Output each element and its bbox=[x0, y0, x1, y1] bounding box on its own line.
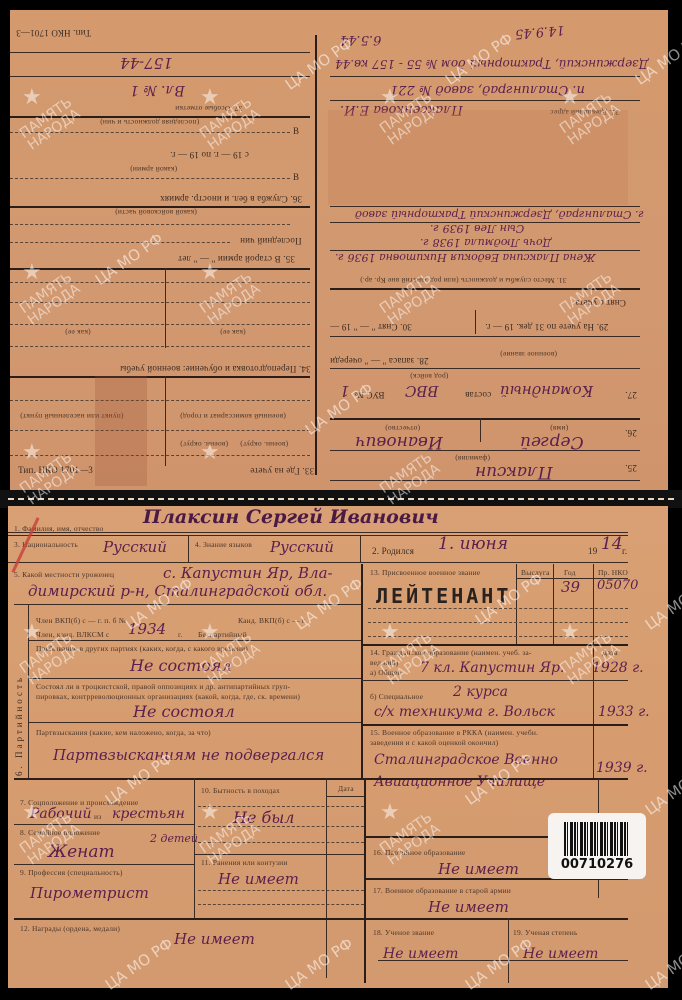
field-32-line-4: 6.5.44 bbox=[340, 32, 381, 47]
field-5-label: 5. Какой местности уроженец bbox=[14, 570, 114, 579]
field-13-label: 13. Присвоенное военное звание bbox=[370, 568, 480, 577]
field-5-value-line1: с. Капустин Яр, Вла- bbox=[163, 564, 333, 582]
field-34-label: 34. Переподготовка и обучение: военной у… bbox=[120, 364, 311, 374]
rule bbox=[14, 778, 628, 780]
field-11-value: Не имеет bbox=[218, 870, 299, 888]
rule bbox=[10, 268, 310, 270]
field-36-from-to: с 19 — г. по 19 — г. bbox=[170, 150, 249, 160]
rule bbox=[360, 536, 361, 562]
field-14-label-line2: вед ний) bbox=[370, 658, 399, 667]
field-31-label: 31. Место службы и должность (или род за… bbox=[360, 276, 567, 285]
vlksm-unit: г. bbox=[178, 630, 183, 639]
rule bbox=[368, 608, 628, 609]
field-33-sub-okrug-a: (военн. округ) bbox=[180, 440, 228, 449]
rule bbox=[508, 918, 509, 983]
rule bbox=[330, 368, 640, 369]
party-penalties-label: Партвзыскания (какие, кем наложено, когд… bbox=[36, 728, 211, 737]
rule bbox=[330, 76, 640, 77]
field-2-year-suffix: 14 bbox=[601, 534, 623, 554]
rule bbox=[361, 724, 628, 726]
rule bbox=[516, 564, 517, 644]
field-8-value: Женат bbox=[48, 842, 115, 862]
field-16-value: Не имеет bbox=[438, 860, 519, 878]
field-32-line-2: п. Сталинград, завод № 221 bbox=[390, 82, 585, 97]
rule bbox=[330, 450, 640, 451]
field-31-line-4: г. Сталинград, Дзержинский Тракторный за… bbox=[355, 208, 644, 221]
field-34-sub-b: (как ее) bbox=[220, 328, 246, 337]
barcode-number: 00710276 bbox=[548, 857, 646, 872]
rule bbox=[10, 302, 310, 303]
field-28-label: 28. запаса " — " очереди bbox=[330, 356, 429, 366]
barcode-icon bbox=[564, 822, 630, 856]
vkp-candidate: Канд. ВКП(б) с — г. bbox=[238, 616, 306, 625]
field-10-label: 10. Бытность в походах bbox=[201, 786, 280, 795]
field-15-label-line1: 15. Военное образование в РККА (наимен. … bbox=[370, 728, 538, 737]
field-26-label: 26. bbox=[625, 428, 637, 438]
field-2-year-prefix: 19 bbox=[588, 546, 597, 556]
field-5-value-line2: димирский р-н, Сталинградской обл. bbox=[28, 582, 327, 600]
vlksm-label: Член, канд. ВЛКСМ с bbox=[36, 630, 109, 639]
field-14b-value-line2: с/х техникума г. Вольск bbox=[374, 704, 555, 720]
rule bbox=[14, 604, 361, 605]
field-35-label: 35. В старой армии " — " лет bbox=[178, 254, 295, 264]
field-14a-label: а) Общее bbox=[370, 668, 401, 677]
field-15-value-line2: Авиационное Училище bbox=[374, 774, 545, 790]
rule bbox=[330, 480, 640, 481]
field-17-value: Не имеет bbox=[428, 898, 509, 916]
field-35-sub: (какой войсковой части) bbox=[115, 208, 197, 217]
field-34-sub-a: (как ее) bbox=[65, 328, 91, 337]
vlksm-year: 1934 bbox=[128, 620, 166, 638]
col-vysluga: Выслуга bbox=[521, 568, 550, 577]
field-7-value-a: Рабочий bbox=[30, 806, 91, 822]
field-32-house: 157-44 bbox=[120, 54, 173, 72]
field-33-sub-okrug-b: (военн. округ) bbox=[240, 440, 288, 449]
rule bbox=[10, 346, 310, 347]
field-31-line-3: Сын Лев 1939 г. bbox=[430, 222, 524, 235]
field-2-day-month: 1. июня bbox=[438, 534, 508, 554]
field-27-rod: ВВС bbox=[405, 382, 439, 400]
vlksm-label-text: Член, канд. ВЛКСМ с bbox=[36, 630, 109, 639]
rule bbox=[368, 636, 628, 637]
rule bbox=[378, 960, 628, 961]
rule bbox=[330, 336, 640, 337]
field-37-label: 37. Особые отметки bbox=[175, 104, 242, 113]
field-36-v2: В bbox=[293, 172, 299, 182]
rule bbox=[361, 564, 363, 778]
field-14-date-col: Дата bbox=[602, 648, 618, 657]
field-25-surname: Плаксин bbox=[475, 462, 553, 482]
field-30-section: Снят с учета bbox=[575, 298, 626, 308]
rule bbox=[198, 826, 364, 827]
rule bbox=[330, 206, 640, 207]
field-9-label: 9. Профессия (специальность) bbox=[20, 868, 123, 877]
rule bbox=[28, 604, 29, 778]
rule bbox=[330, 100, 640, 101]
field-19-label: 19. Ученая степень bbox=[513, 928, 578, 937]
field-27-vus-value: 1 bbox=[340, 382, 350, 400]
field-27-vus: ВУС № bbox=[355, 390, 385, 400]
field-4-value: Русский bbox=[270, 538, 334, 556]
field-14a-value: 7 кл. Капустин Яр. bbox=[420, 660, 564, 676]
field-17-label: 17. Военное образование в старой армии bbox=[373, 886, 511, 895]
field-14-label-line1: 14. Гражданское образование (наимен. уче… bbox=[370, 648, 532, 657]
field-15-value-line1: Сталинградское Военно bbox=[374, 752, 558, 768]
rule bbox=[364, 918, 628, 920]
field-14b-year: 1933 г. bbox=[598, 704, 650, 720]
field-12-label: 12. Награды (ордена, медали) bbox=[20, 924, 120, 933]
opposition-label-line2: пировках, контрреволюционных организация… bbox=[36, 692, 300, 701]
field-29-label: 29. На учете по 31 дек. 19 — г. bbox=[485, 322, 608, 332]
field-36-label: 36. Служба в бел. и иностр. армиях bbox=[160, 194, 302, 204]
col-god: Год bbox=[564, 568, 576, 577]
field-14b-label: б) Специальное bbox=[370, 692, 423, 701]
rule bbox=[10, 324, 310, 325]
col-pr-nko: Пр. НКО bbox=[598, 568, 628, 577]
non-party-label: Беспартийный bbox=[198, 630, 247, 639]
field-8-note: 2 детей bbox=[150, 832, 198, 845]
rule bbox=[10, 224, 290, 225]
card-lower-half: Плаксин Сергей Иванович 1. Фамилия, имя,… bbox=[8, 506, 668, 988]
field-35-last-rank: Последний чин bbox=[240, 236, 302, 246]
opposition-label-line1: Состоял ли в троцкистской, правой оппози… bbox=[36, 682, 290, 691]
vkp-member: Член ВКП(б) с — г. п. б № bbox=[36, 616, 126, 625]
rule bbox=[326, 796, 364, 797]
rule bbox=[28, 678, 361, 679]
rule bbox=[10, 132, 290, 133]
field-37-value: Вл. № 1 bbox=[130, 82, 185, 98]
faded-area bbox=[328, 110, 628, 205]
rule bbox=[361, 680, 628, 681]
card-upper-half: Тип. НКО 1701—3 Тип. НКО 1701—3 14.9.45 … bbox=[10, 10, 668, 492]
field-31-line-2: Дочь Людмила 1938 г. bbox=[420, 236, 552, 249]
rule bbox=[198, 890, 364, 891]
rule bbox=[10, 52, 310, 53]
field-15-year: 1939 г. bbox=[596, 760, 648, 776]
field-26-name: Сергей bbox=[520, 432, 584, 452]
rule bbox=[553, 564, 554, 644]
rule bbox=[28, 640, 361, 641]
tape-stain bbox=[95, 376, 147, 486]
rule bbox=[198, 842, 364, 843]
field-31-line-1: Жена Плаксина Евдокия Никитовна 1936 г. bbox=[335, 251, 596, 264]
field-36-sub-position: (последняя должность и чин) bbox=[100, 118, 199, 127]
field-27-rod-sub: (род войск) bbox=[410, 372, 448, 381]
opposition-value: Не состоял bbox=[133, 702, 235, 721]
field-33-sub-commissariat: (военный комиссариат и город) bbox=[180, 412, 286, 421]
upper-column-divider bbox=[315, 35, 317, 475]
field-33-label: 33. Где на учете bbox=[250, 466, 314, 476]
field-1-value: Плаксин Сергей Иванович bbox=[143, 506, 439, 528]
party-penalties-value: Партвзысканиям не подвергался bbox=[53, 746, 324, 764]
field-30-label: 30. Снят " — " 19 — bbox=[330, 322, 412, 332]
field-6-vertical-label: 6. Партийность bbox=[14, 606, 28, 776]
field-18-label: 18. Ученое звание bbox=[373, 928, 434, 937]
rule bbox=[10, 282, 310, 283]
form-code: Тип. НКО 1701—3 bbox=[18, 465, 93, 475]
archive-barcode-sticker: 00710276 bbox=[548, 813, 646, 879]
field-27-value: Командный bbox=[500, 382, 593, 400]
rule bbox=[10, 430, 310, 431]
rule bbox=[10, 76, 310, 77]
rule bbox=[480, 418, 481, 442]
rule bbox=[475, 310, 476, 334]
field-27-sostav: состав bbox=[465, 390, 491, 400]
rule bbox=[8, 535, 628, 536]
field-4-label: 4. Знание языков bbox=[195, 540, 252, 549]
field-14b-value-line1: 2 курса bbox=[453, 684, 508, 700]
field-14a-year: 1928 г. bbox=[592, 660, 644, 676]
rule bbox=[593, 564, 594, 644]
rule bbox=[194, 778, 195, 918]
rule bbox=[326, 778, 327, 978]
field-3-value: Русский bbox=[103, 538, 167, 556]
field-32-line-3: Дзержинский, Тракторный дом № 55 - 157 к… bbox=[335, 57, 649, 71]
field-16-label: 16. Партийное образование bbox=[373, 848, 465, 857]
field-25-label: 25. bbox=[625, 463, 637, 473]
rule bbox=[198, 806, 364, 807]
rule bbox=[10, 242, 230, 243]
field-10-date-col: Дата bbox=[338, 784, 354, 793]
rule bbox=[330, 288, 640, 290]
other-parties-value: Не состоял bbox=[130, 656, 232, 675]
field-28-sub: (военное звание) bbox=[500, 350, 557, 359]
field-26-patronymic: Иванович bbox=[355, 432, 443, 452]
field-7-value-b: крестьян bbox=[112, 806, 185, 822]
field-36-v: В bbox=[293, 126, 299, 136]
rule bbox=[28, 722, 361, 723]
rule bbox=[194, 854, 364, 855]
rule bbox=[10, 400, 310, 401]
pr-nko-value: 05070 bbox=[597, 578, 638, 593]
rule bbox=[10, 178, 290, 179]
field-8-label: 8. Семейное положение bbox=[20, 828, 100, 837]
field-2-year-unit: г. bbox=[622, 546, 627, 556]
rule bbox=[188, 536, 189, 562]
god-value: 39 bbox=[561, 578, 580, 596]
rule bbox=[198, 904, 364, 905]
rule bbox=[8, 562, 628, 563]
field-27-label: 27. bbox=[625, 390, 637, 400]
field-9-value: Пирометрист bbox=[30, 884, 149, 902]
rule bbox=[14, 918, 364, 920]
other-parties-label: Пребывание в других партиях (каких, когд… bbox=[36, 644, 248, 653]
field-36-sub-army: (какой армии) bbox=[130, 165, 177, 174]
field-2-label: 2. Родился bbox=[372, 546, 414, 556]
field-13-rank-stamp: ЛЕЙТЕНАНТ bbox=[376, 584, 511, 608]
field-12-value: Не имеет bbox=[174, 930, 255, 948]
rule bbox=[8, 532, 628, 533]
field-11-label: 11. Ранения или контузии bbox=[201, 858, 288, 867]
field-10-value: Не был bbox=[233, 808, 295, 827]
rule bbox=[10, 376, 310, 378]
rule bbox=[165, 268, 166, 348]
rule bbox=[364, 778, 366, 983]
field-7-value-mid: из bbox=[94, 812, 101, 821]
form-code-label: Тип. НКО 1701—3 bbox=[16, 28, 91, 38]
rule bbox=[361, 644, 628, 646]
rule bbox=[14, 864, 194, 865]
rule bbox=[330, 418, 640, 420]
field-15-label-line2: заведения и с какой оценкой окончил) bbox=[370, 738, 498, 747]
rule bbox=[165, 376, 166, 466]
rule bbox=[14, 824, 194, 825]
rule bbox=[368, 622, 628, 623]
rule bbox=[10, 455, 310, 456]
